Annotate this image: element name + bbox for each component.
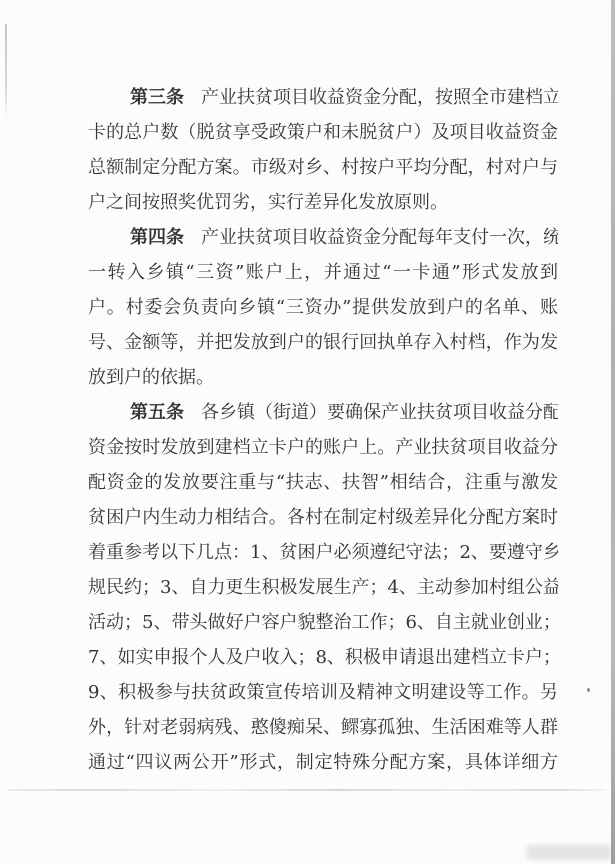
text-line: 卡的总户数（脱贫享受政策户和未脱贫户）及项目收益资金 [88, 115, 558, 150]
paragraph: 第四条产业扶贫项目收益资金分配每年支付一次，统一转入乡镇“三资”账户上，并通过“… [88, 220, 558, 395]
scan-speck [587, 688, 590, 692]
text-run: 产业扶贫项目收益资金分配，按照全市建档立 [201, 87, 558, 108]
scan-left-edge-line [5, 24, 7, 120]
text-line: 贫困户内生动力相结合。各村在制定村级差异化分配方案时 [88, 500, 558, 535]
text-line: 放到户的依据。 [88, 360, 558, 395]
article-number: 第四条 [130, 227, 184, 248]
document-body: 第三条产业扶贫项目收益资金分配，按照全市建档立卡的总户数（脱贫享受政策户和未脱贫… [88, 80, 558, 780]
text-run: 产业扶贫项目收益资金分配每年支付一次，统 [201, 227, 558, 248]
text-run: 各乡镇（街道）要确保产业扶贫项目收益分配 [201, 402, 558, 423]
article-number: 第五条 [130, 402, 184, 423]
text-line: 户。村委会负责向乡镇“三资办”提供发放到户的名单、账 [88, 290, 558, 325]
paragraph: 第三条产业扶贫项目收益资金分配，按照全市建档立卡的总户数（脱贫享受政策户和未脱贫… [88, 80, 558, 220]
text-line: 规民约；3、自力更生积极发展生产；4、主动参加村组公益 [88, 570, 558, 605]
text-line: 第五条各乡镇（街道）要确保产业扶贫项目收益分配 [88, 395, 558, 430]
paragraph: 第五条各乡镇（街道）要确保产业扶贫项目收益分配资金按时发放到建档立卡户的账户上。… [88, 395, 558, 780]
scan-right-edge-bar [611, 0, 615, 864]
text-line: 户之间按照奖优罚劣，实行差异化发放原则。 [88, 185, 558, 220]
corner-watermark [527, 845, 611, 860]
text-line: 配资金的发放要注重与“扶志、扶智”相结合，注重与激发 [88, 465, 558, 500]
text-line: 9、积极参与扶贫政策宣传培训及精神文明建设等工作。另 [88, 675, 558, 710]
text-line: 第四条产业扶贫项目收益资金分配每年支付一次，统 [88, 220, 558, 255]
text-line: 通过“四议两公开”形式，制定特殊分配方案，具体详细方 [88, 745, 558, 780]
document-page: 第三条产业扶贫项目收益资金分配，按照全市建档立卡的总户数（脱贫享受政策户和未脱贫… [0, 0, 615, 864]
text-line: 7、如实申报个人及户收入；8、积极申请退出建档立卡户； [88, 640, 558, 675]
scan-horizontal-line [8, 789, 606, 791]
text-line: 外，针对老弱病残、憨傻痴呆、鳏寡孤独、生活困难等人群 [88, 710, 558, 745]
text-line: 号、金额等，并把发放到户的银行回执单存入村档，作为发 [88, 325, 558, 360]
text-line: 着重参考以下几点：1、贫困户必须遵纪守法；2、要遵守乡 [88, 535, 558, 570]
text-line: 资金按时发放到建档立卡户的账户上。产业扶贫项目收益分 [88, 430, 558, 465]
article-number: 第三条 [130, 87, 184, 108]
text-line: 第三条产业扶贫项目收益资金分配，按照全市建档立 [88, 80, 558, 115]
text-line: 活动；5、带头做好户容户貌整治工作；6、自主就业创业； [88, 605, 558, 640]
text-line: 一转入乡镇“三资”账户上，并通过“一卡通”形式发放到 [88, 255, 558, 290]
text-line: 总额制定分配方案。市级对乡、村按户平均分配，村对户与 [88, 150, 558, 185]
